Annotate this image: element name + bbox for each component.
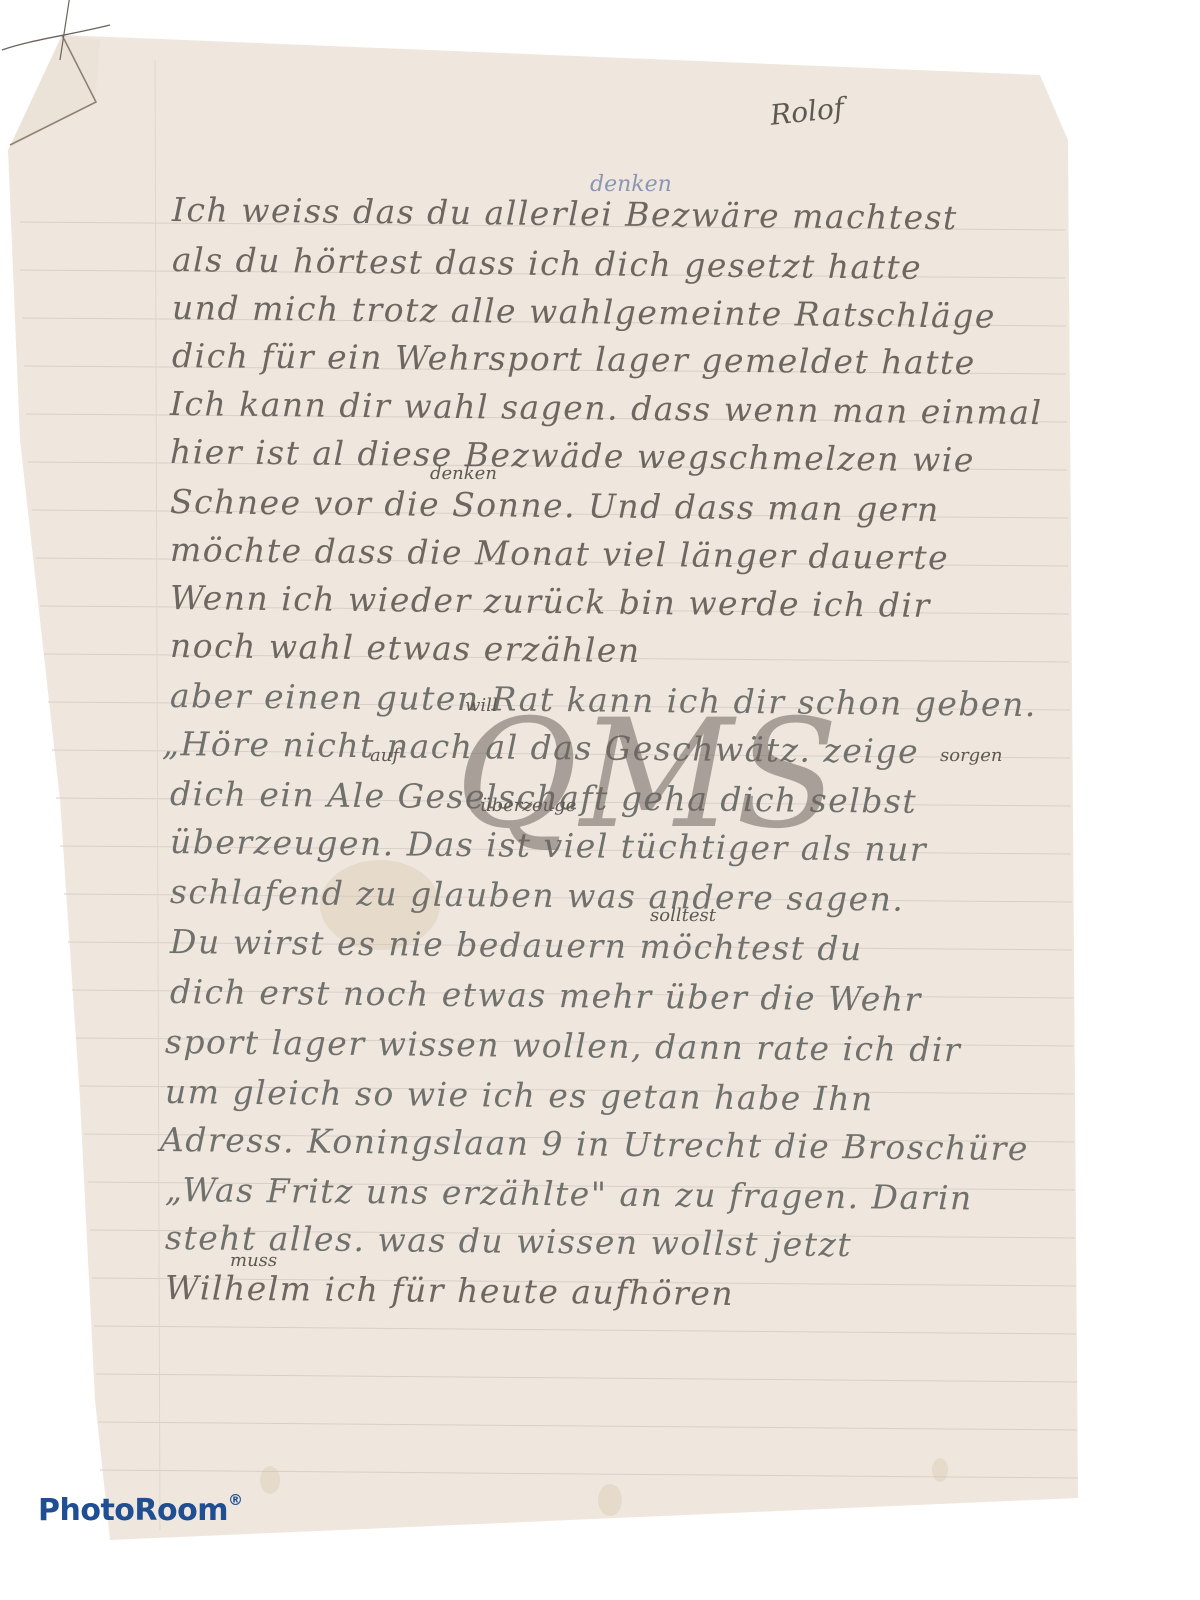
letter-line-9: Wenn ich wieder zurück bin werde ich dir xyxy=(170,578,931,625)
letter-line-17: dich erst noch etwas mehr über die Wehr xyxy=(170,972,922,1019)
letter-line-2: als du hörtest dass ich dich gesetzt hat… xyxy=(172,240,923,287)
insertion-auf: auf xyxy=(370,745,399,766)
photoroom-logo: PhotoRoom® xyxy=(38,1493,243,1528)
brand-name: PhotoRoom xyxy=(38,1493,228,1528)
letter-line-8: möchte dass die Monat viel länger dauert… xyxy=(170,530,950,577)
insertion-sorgen: sorgen xyxy=(940,745,1002,766)
letter-line-23: Wilhelm ich für heute aufhören xyxy=(165,1268,735,1313)
letter-sheet: Rolof Ich weiss das du allerlei Bezwäre … xyxy=(0,0,1200,1600)
signature-flourish xyxy=(0,0,120,70)
letter-line-19: um gleich so wie ich es getan habe Ihn xyxy=(165,1072,874,1118)
insertion-denken-2: denken xyxy=(430,463,497,484)
letter-line-7: Schnee vor die Sonne. Und dass man gern xyxy=(170,482,940,529)
letter-line-4: dich für ein Wehrsport lager gemeldet ha… xyxy=(172,336,976,382)
registered-mark: ® xyxy=(228,1491,243,1509)
letter-line-10: noch wahl etwas erzählen xyxy=(170,626,641,670)
letter-line-18: sport lager wissen wollen, dann rate ich… xyxy=(165,1022,962,1069)
letter-line-16: Du wirst es nie bedauern möchtest du xyxy=(170,922,863,968)
insertion-denken-1: denken xyxy=(590,172,672,197)
insertion-solltest: solltest xyxy=(650,905,716,926)
letter-line-15: schlafend zu glauben was andere sagen. xyxy=(170,872,905,919)
insertion-muss: muss xyxy=(230,1250,277,1271)
letter-line-1: Ich weiss das du allerlei Bezwäre machte… xyxy=(172,190,958,237)
watermark: QMS xyxy=(455,700,840,850)
